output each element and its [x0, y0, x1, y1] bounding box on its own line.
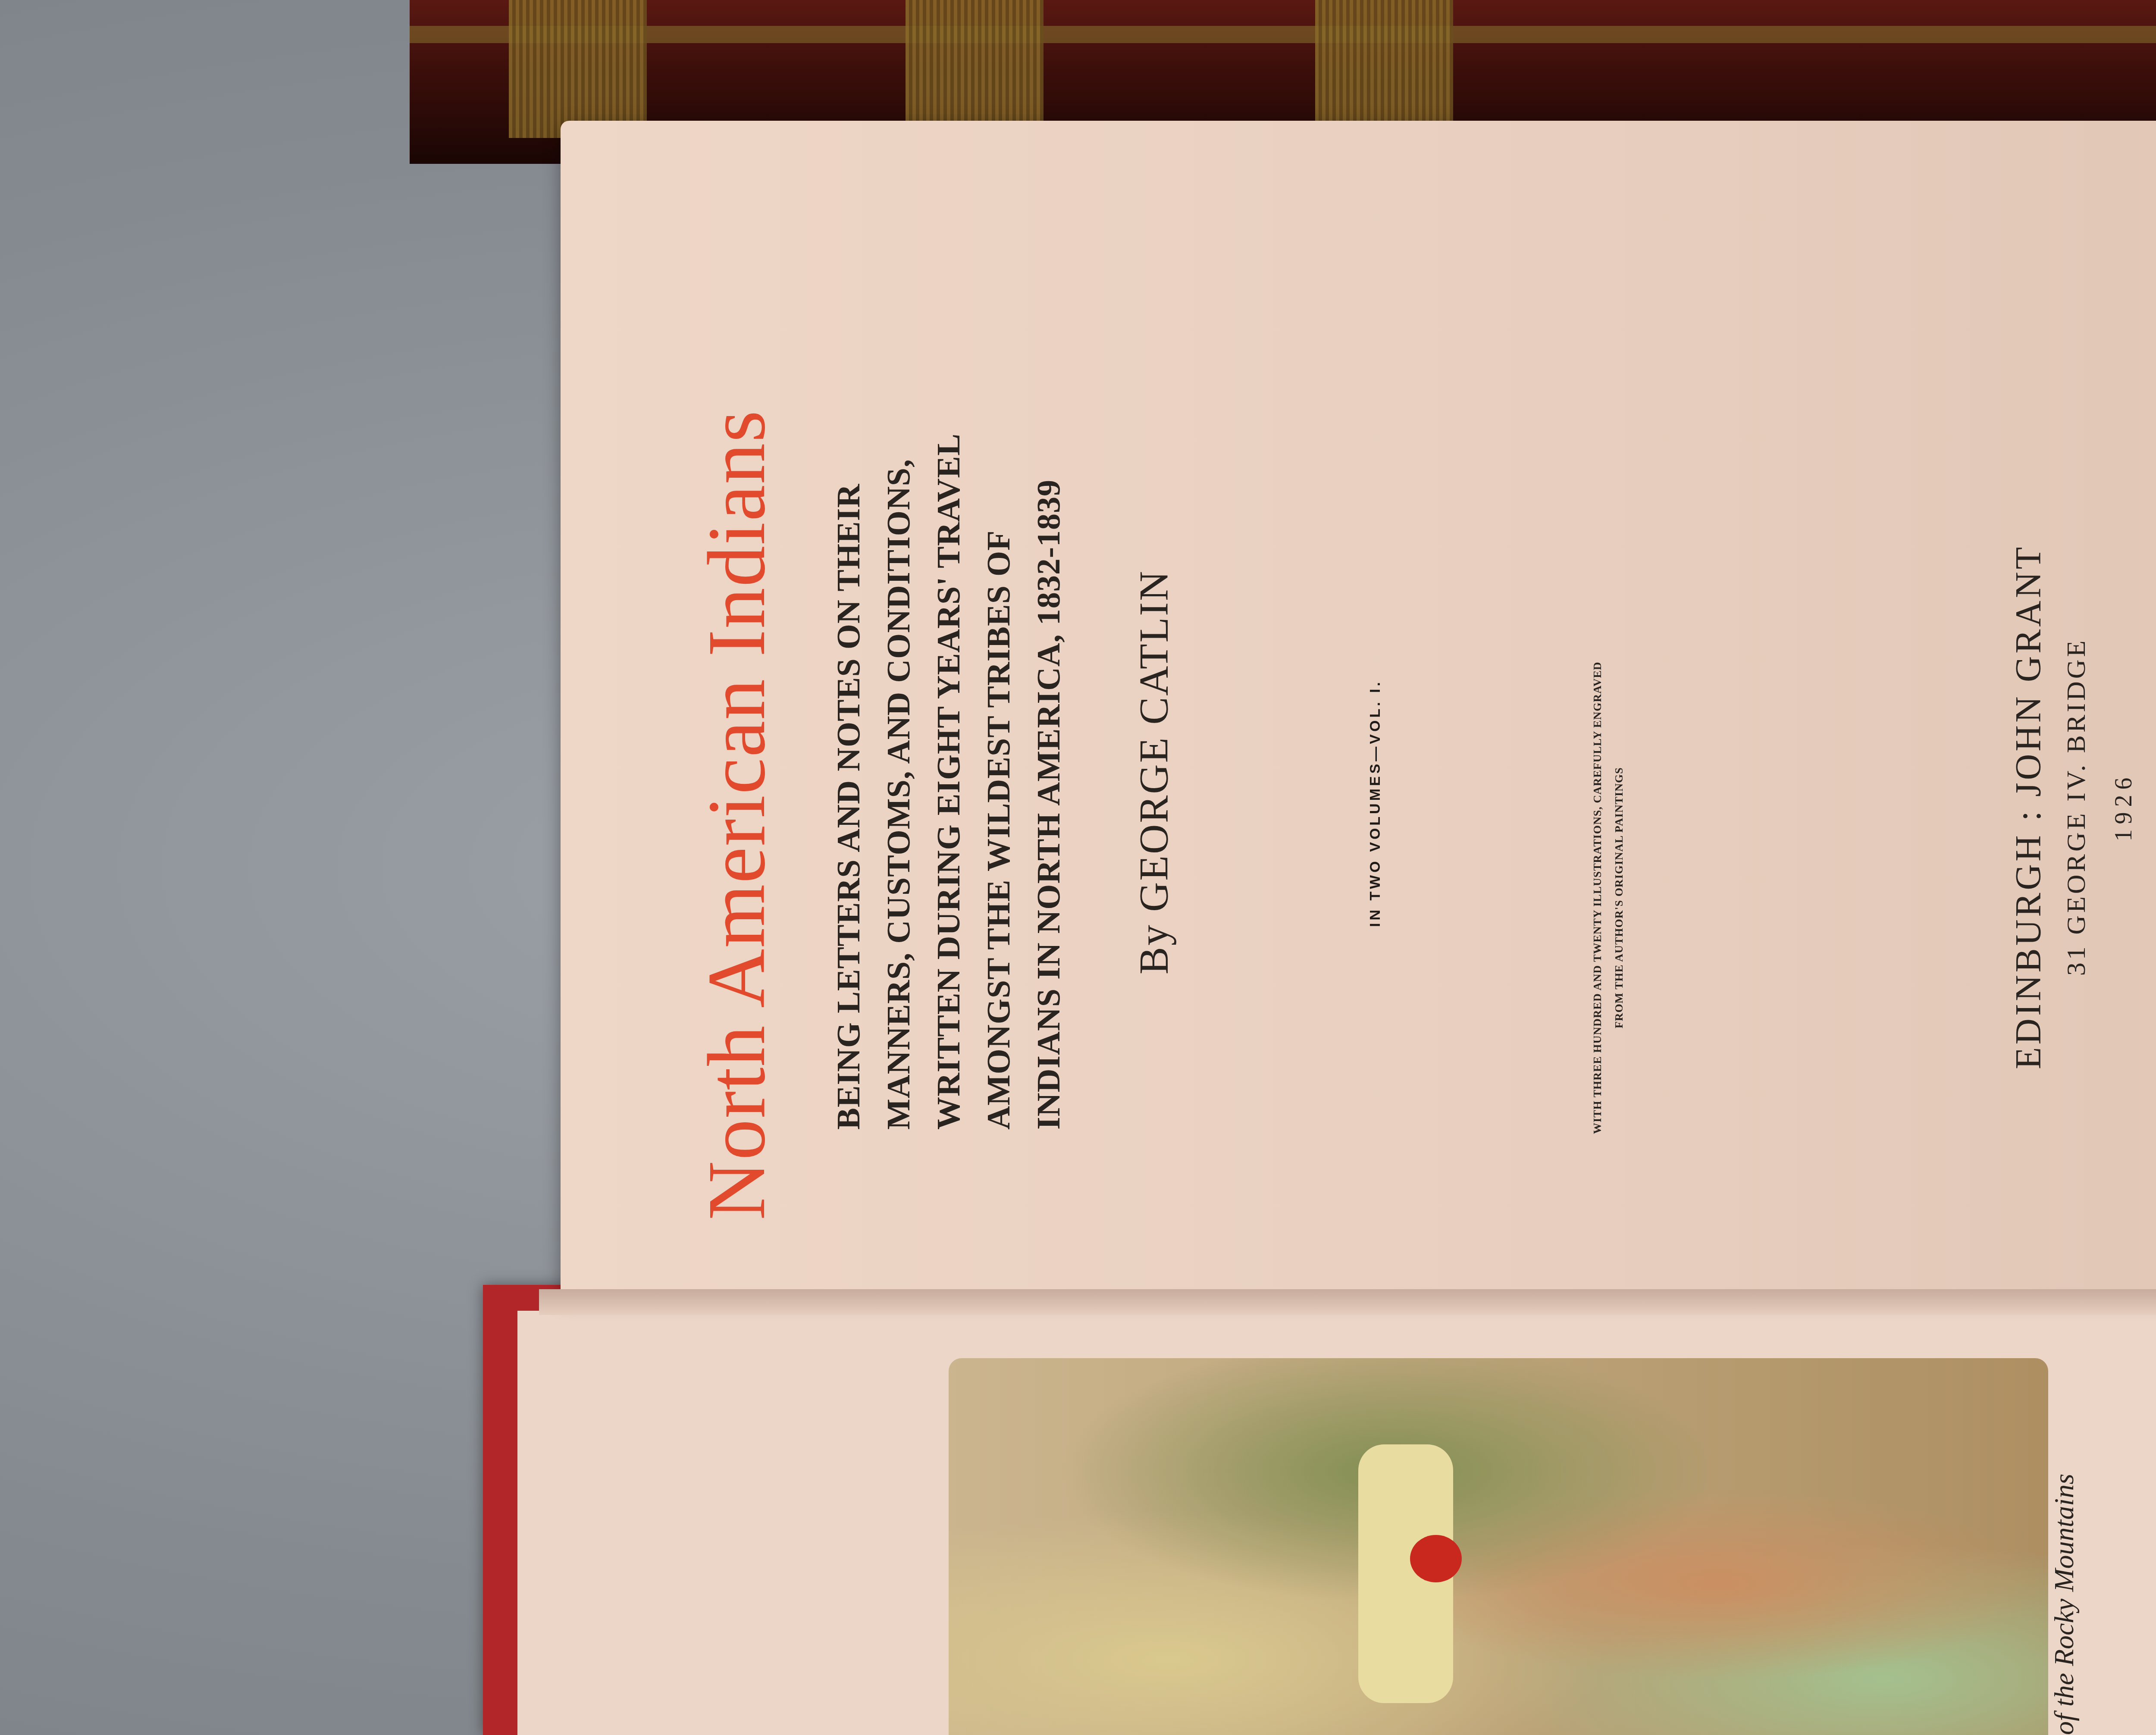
gilt-panel	[906, 0, 1044, 138]
gilt-panel	[1315, 0, 1453, 138]
illustrations-note: WITH THREE HUNDRED AND TWENTY ILLUSTRATI…	[1587, 661, 1630, 1134]
gilt-panel	[509, 0, 647, 138]
book-title: North American Indians	[690, 410, 784, 1220]
plate-caption: of the Rocky Mountains	[2048, 1474, 2080, 1735]
volume-label: IN TWO VOLUMES—VOL. I.	[1367, 680, 1384, 927]
subtitle-line: MANNERS, CUSTOMS, AND CONDITIONS,	[874, 397, 924, 1130]
book-subtitle: BEING LETTERS AND NOTES ON THEIR MANNERS…	[824, 397, 1074, 1130]
publication-year: 1926	[2100, 545, 2147, 1069]
publisher-name: EDINBURGH : JOHN GRANT	[2005, 545, 2053, 1069]
illustrations-line: WITH THREE HUNDRED AND TWENTY ILLUSTRATI…	[1587, 661, 1608, 1134]
book-author: By GEORGE CATLIN	[1130, 570, 1178, 974]
color-illustration-plate	[949, 1358, 2048, 1735]
book-gutter	[539, 1289, 2156, 1315]
subtitle-line: WRITTEN DURING EIGHT YEARS' TRAVEL	[924, 397, 974, 1130]
subtitle-line: AMONGST THE WILDEST TRIBES OF	[974, 397, 1024, 1130]
publisher-block: EDINBURGH : JOHN GRANT 31 GEORGE IV. BRI…	[2005, 545, 2147, 1069]
illustration-red-cap	[1410, 1535, 1462, 1582]
gilt-band	[410, 26, 2156, 43]
publisher-address: 31 GEORGE IV. BRIDGE	[2053, 545, 2100, 1069]
subtitle-line: BEING LETTERS AND NOTES ON THEIR	[824, 397, 874, 1130]
illustrations-line: FROM THE AUTHOR'S ORIGINAL PAINTINGS	[1608, 661, 1630, 1134]
title-page	[561, 121, 2156, 1298]
subtitle-line: INDIANS IN NORTH AMERICA, 1832-1839	[1024, 397, 1074, 1130]
